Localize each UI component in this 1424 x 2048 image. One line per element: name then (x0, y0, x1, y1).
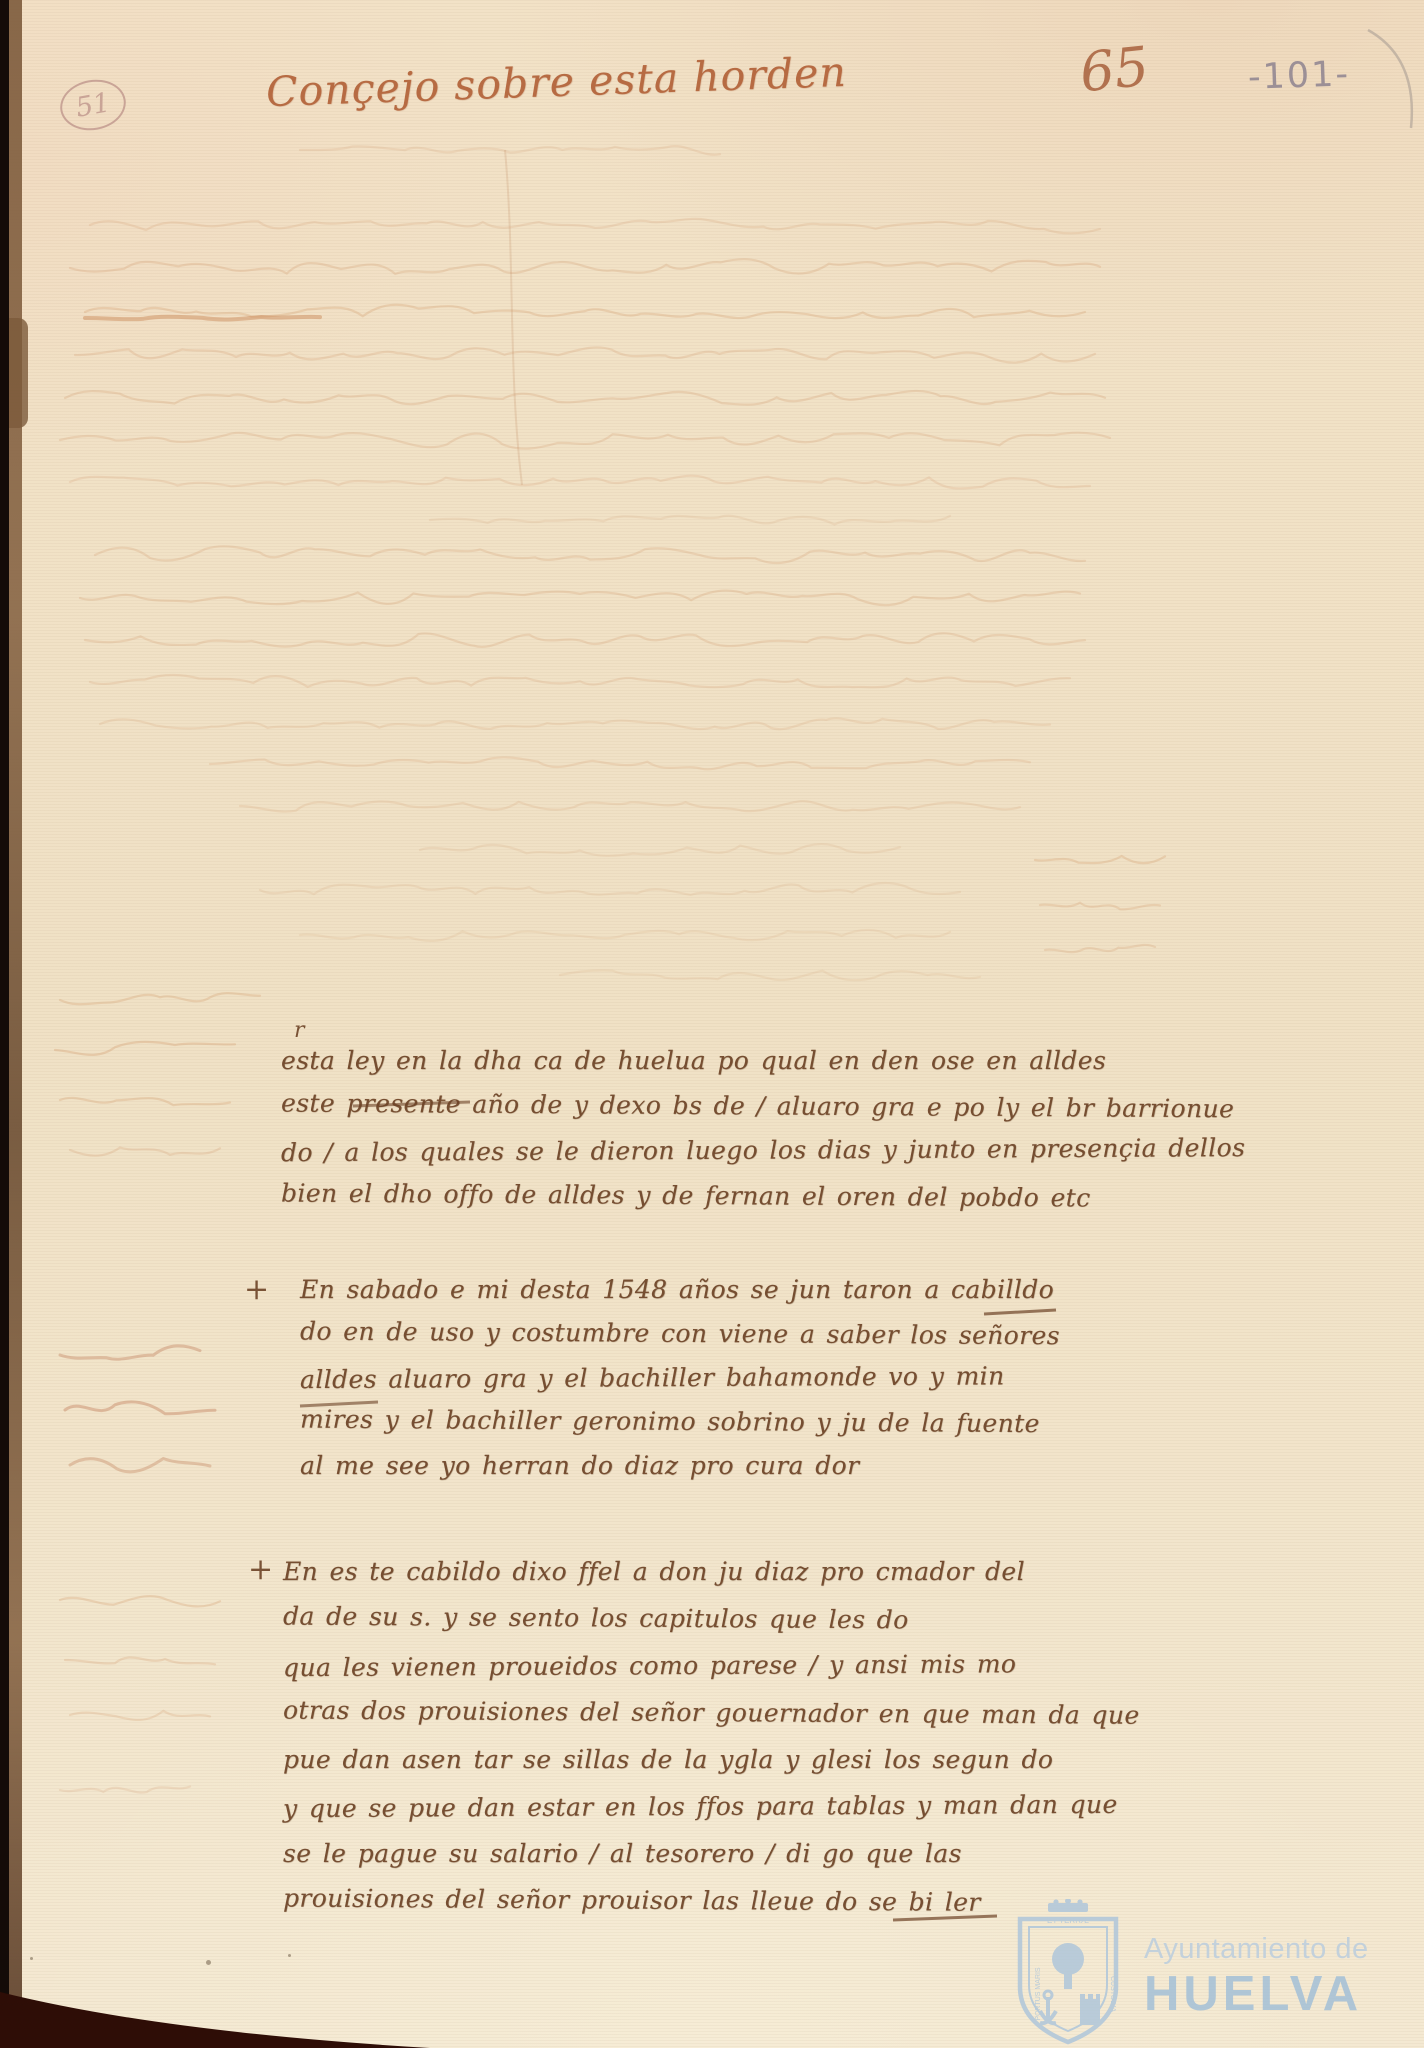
manuscript-line: al me see yo herran do diaz pro cura dor (300, 1444, 1100, 1488)
manuscript-line: da de su s. y se sento los capitulos que… (283, 1592, 1103, 1644)
manuscript-line: esta ley en la dha ca de huelua po qual … (281, 1038, 1101, 1083)
dust-speck (30, 1957, 33, 1960)
huelva-shield-icon: ET TERRÆ PORTUS MARIS CUSTODIA (1004, 1899, 1132, 2048)
margin-plus-mark: + (244, 1272, 269, 1307)
text-block-entry-2: En sabado e mi desta 1548 años se jun ta… (300, 1268, 1100, 1488)
watermark-city-name: HUELVA (1144, 1966, 1369, 2022)
archive-page-stamp: -101- (1247, 54, 1350, 98)
shield-motto-left: PORTUS MARIS (1035, 1967, 1042, 2020)
manuscript-line: do en de uso y costumbre con viene a sab… (300, 1310, 1100, 1359)
manuscript-line: En es te cabildo dixo ffel a don ju diaz… (283, 1548, 1103, 1595)
shield-motto-top: ET TERRÆ (1047, 1916, 1089, 1925)
manuscript-line: y que se pue dan estar en los ffos para … (283, 1781, 1103, 1832)
scan-edge-brown (9, 0, 22, 2048)
manuscript-line: otras dos prouisiones del señor gouernad… (283, 1686, 1103, 1738)
manuscript-line: mires y el bachiller geronimo sobrino y … (300, 1398, 1100, 1447)
dust-speck (206, 1960, 211, 1965)
margin-plus-mark: + (248, 1552, 273, 1587)
manuscript-scan: 51 Conçejo sobre esta horden 65 -101- r … (0, 0, 1424, 2048)
folio-number-ink: 65 (1077, 35, 1152, 105)
manuscript-line: prouisiones del señor prouisor las lleue… (283, 1874, 1103, 1926)
text-block-entry-3: En es te cabildo dixo ffel a don ju diaz… (283, 1548, 1103, 1924)
manuscript-line: pue dan asen tar se sillas de la ygla y … (283, 1736, 1103, 1783)
scan-edge-black (0, 0, 9, 2048)
huelva-watermark: ET TERRÆ PORTUS MARIS CUSTODIA Ayuntamie… (1000, 1893, 1424, 2048)
watermark-org-label: Ayuntamiento de (1144, 1933, 1369, 1966)
circled-folio-value: 51 (73, 87, 112, 123)
manuscript-line: qua les vienen proueidos como parese / y… (283, 1640, 1103, 1691)
manuscript-line: do / a los quales se le dieron luego los… (281, 1126, 1101, 1175)
manuscript-line: bien el dho offo de alldes y de fernan e… (281, 1170, 1101, 1220)
manuscript-line: alldes aluaro gra y el bachiller bahamon… (300, 1354, 1100, 1402)
text-block-entry-1: esta ley en la dha ca de huelua po qual … (281, 1038, 1101, 1218)
scan-edge-blotch (9, 318, 28, 428)
manuscript-line: En sabado e mi desta 1548 años se jun ta… (300, 1268, 1100, 1312)
manuscript-line: se le pague su salario / al tesorero / d… (283, 1830, 1103, 1877)
manuscript-line: este presente año de y dexo bs de / alua… (281, 1080, 1101, 1130)
dust-speck (288, 1954, 291, 1957)
shield-motto-right: CUSTODIA (1109, 1976, 1116, 2012)
